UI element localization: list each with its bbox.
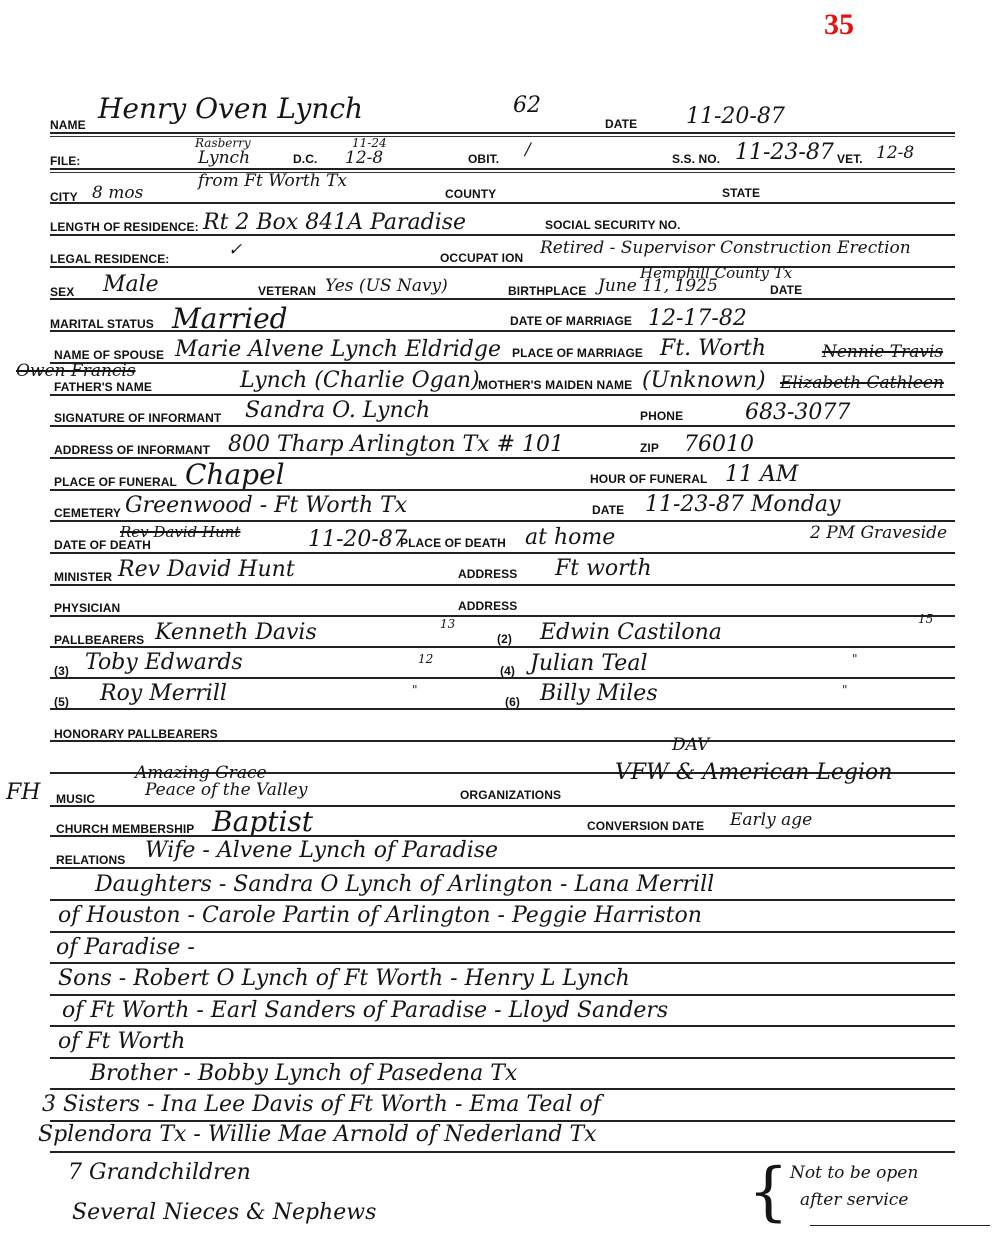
label-obit: OBIT. (468, 152, 499, 166)
pallbearer-4-age: " (852, 652, 858, 666)
label-conversion-date: CONVERSION DATE (587, 819, 704, 833)
label-address-of-informant: ADDRESS OF INFORMANT (54, 443, 210, 457)
label-pallbearer-5: (5) (54, 695, 69, 709)
value-sex: Male (103, 272, 159, 297)
value-graveside-note: 2 PM Graveside (810, 523, 947, 543)
divider (50, 805, 955, 807)
value-date-of-death: 11-20-87 (308, 527, 407, 552)
value-place-of-death: at home (525, 525, 615, 550)
relations-line: Wife - Alvene Lynch of Paradise (145, 838, 498, 863)
label-birthplace: BIRTHPLACE (508, 284, 586, 298)
value-dc: 12-8 (345, 148, 383, 168)
label-name-of-spouse: NAME OF SPOUSE (54, 348, 164, 362)
divider (50, 520, 955, 522)
label-date-of-death: DATE OF DEATH (54, 538, 151, 552)
pallbearer-3-name: Toby Edwards (85, 650, 243, 675)
label-pallbearer-3: (3) (54, 664, 69, 678)
divider (50, 931, 955, 933)
label-date: DATE (605, 117, 637, 131)
divider (50, 677, 955, 679)
relations-line: of Paradise - (56, 935, 195, 960)
label-date-of-marriage: DATE OF MARRIAGE (510, 314, 632, 328)
value-organizations-line2: VFW & American Legion (615, 760, 892, 785)
divider (810, 1225, 990, 1226)
label-minister: MINISTER (54, 570, 112, 584)
label-marital-status: MARITAL STATUS (50, 317, 154, 331)
value-length-of-residence: Rt 2 Box 841A Paradise (203, 210, 466, 235)
label-honorary-pallbearers: HONORARY PALLBEARERS (54, 727, 218, 741)
value-music-line2: Peace of the Valley (145, 780, 307, 800)
pallbearer-2-name: Edwin Castilona (540, 620, 722, 645)
divider (50, 899, 955, 901)
label-birth-date: DATE (770, 283, 802, 297)
value-hour-of-funeral: 11 AM (725, 462, 798, 487)
label-file: FILE: (50, 154, 81, 168)
divider (50, 330, 955, 332)
value-fathers-name: Lynch (Charlie Ogan) (240, 368, 480, 393)
label-sex: SEX (50, 285, 74, 299)
label-veteran: VETERAN (258, 284, 316, 298)
pallbearer-6-name: Billy Miles (540, 681, 658, 706)
label-place-of-funeral: PLACE OF FUNERAL (54, 475, 177, 489)
label-physician-address: ADDRESS (458, 599, 517, 613)
value-mothers-maiden-name-struck: Elizabeth Cathleen (780, 373, 944, 393)
divider (50, 708, 955, 710)
value-place-of-marriage-struck: Nennie Travis (822, 342, 943, 362)
pallbearer-6-age: " (842, 683, 848, 697)
relations-line: Splendora Tx - Willie Mae Arnold of Nede… (38, 1122, 597, 1147)
label-minister-address: ADDRESS (458, 567, 517, 581)
pallbearer-3-age: 12 (418, 652, 433, 666)
label-fathers-name: FATHER'S NAME (54, 380, 152, 394)
relations-line: Several Nieces & Nephews (72, 1200, 376, 1225)
label-funeral-date: DATE (592, 503, 624, 517)
value-phone: 683-3077 (745, 400, 850, 425)
divider (50, 298, 955, 300)
divider (50, 994, 955, 996)
divider (50, 1025, 955, 1027)
value-signature-of-informant: Sandra O. Lynch (245, 398, 430, 423)
divider (50, 266, 955, 268)
relations-line: Sons - Robert O Lynch of Ft Worth - Henr… (58, 966, 630, 991)
label-music: MUSIC (56, 792, 95, 806)
value-zip: 76010 (684, 432, 754, 457)
divider (50, 962, 955, 964)
value-minister: Rev David Hunt (118, 557, 295, 582)
value-file: Lynch (198, 148, 250, 168)
divider (50, 584, 955, 586)
label-phone: PHONE (640, 409, 683, 423)
label-pallbearers: PALLBEARERS (54, 633, 144, 647)
relations-line: of Ft Worth - Earl Sanders of Paradise -… (62, 998, 668, 1023)
label-cemetery: CEMETERY (54, 506, 121, 520)
label-legal-residence: LEGAL RESIDENCE: (50, 252, 169, 266)
value-obit: / (525, 140, 531, 160)
pallbearer-1-age: 13 (440, 617, 455, 631)
value-place-of-funeral: Chapel (185, 458, 285, 491)
relations-line: 7 Grandchildren (68, 1160, 251, 1185)
label-place-of-marriage: PLACE OF MARRIAGE (512, 346, 643, 360)
label-zip: ZIP (640, 441, 659, 455)
divider (50, 552, 955, 554)
label-pallbearer-2: (2) (497, 632, 512, 646)
divider (50, 394, 955, 396)
value-address-of-informant: 800 Tharp Arlington Tx # 101 (228, 432, 564, 457)
value-age: 62 (513, 93, 541, 118)
pallbearer-5-name: Roy Merrill (100, 681, 227, 706)
label-length-of-residence: LENGTH OF RESIDENCE: (50, 220, 199, 234)
pallbearer-1-name: Kenneth Davis (155, 620, 317, 645)
pallbearer-5-age: " (412, 683, 418, 697)
divider (50, 615, 955, 617)
label-county: COUNTY (445, 187, 496, 201)
value-vet: 12-8 (876, 143, 914, 163)
label-pallbearer-4: (4) (500, 664, 515, 678)
value-legal-residence: ✓ (228, 240, 242, 260)
value-city: 8 mos (92, 183, 143, 203)
relations-line: Daughters - Sandra O Lynch of Arlington … (95, 872, 714, 897)
value-cemetery: Greenwood - Ft Worth Tx (125, 493, 407, 518)
value-name: Henry Oven Lynch (98, 92, 363, 125)
label-social-security-no: SOCIAL SECURITY NO. (545, 218, 680, 232)
label-dc: D.C. (293, 152, 317, 166)
divider (50, 202, 955, 204)
value-conversion-date: Early age (730, 810, 812, 830)
label-vet: VET. (837, 152, 863, 166)
value-organizations-line1: DAV (672, 735, 709, 755)
side-note-line2: after service (800, 1190, 908, 1210)
label-signature-of-informant: SIGNATURE OF INFORMANT (54, 411, 221, 425)
value-fathers-name-struck: Owen Francis (16, 361, 136, 381)
divider (50, 489, 955, 491)
label-church-membership: CHURCH MEMBERSHIP (56, 822, 194, 836)
value-veteran: Yes (US Navy) (325, 276, 448, 296)
value-place-of-marriage: Ft. Worth (660, 336, 766, 361)
label-occupation: OCCUPAT ION (440, 251, 523, 265)
brace-icon: { (748, 1155, 789, 1229)
divider (50, 867, 955, 869)
value-name-of-spouse: Marie Alvene Lynch Eldridge (175, 337, 501, 362)
value-church-membership: Baptist (212, 805, 313, 838)
label-organizations: ORGANIZATIONS (460, 788, 561, 802)
value-city-note: from Ft Worth Tx (198, 171, 347, 191)
pallbearer-2-age: 15 (918, 612, 933, 626)
relations-line: of Houston - Carole Partin of Arlington … (58, 903, 702, 928)
value-ssno: 11-23-87 (735, 140, 834, 165)
divider (50, 835, 955, 837)
divider (50, 234, 955, 236)
value-minister-address: Ft worth (555, 556, 652, 581)
label-place-of-death: PLACE OF DEATH (400, 536, 506, 550)
divider (50, 362, 955, 364)
label-hour-of-funeral: HOUR OF FUNERAL (590, 472, 708, 486)
value-date-of-marriage: 12-17-82 (648, 306, 747, 331)
value-margin-note: FH (6, 780, 40, 805)
divider (50, 740, 955, 742)
divider (50, 646, 955, 648)
label-physician: PHYSICIAN (54, 601, 120, 615)
label-ssno: S.S. NO. (672, 152, 720, 166)
relations-line: of Ft Worth (58, 1029, 185, 1054)
value-date: 11-20-87 (686, 104, 785, 129)
divider (50, 1151, 955, 1153)
value-birthplace: June 11, 1925 (598, 276, 718, 296)
value-occupation: Retired - Supervisor Construction Erecti… (540, 238, 911, 258)
pallbearer-4-name: Julian Teal (530, 651, 647, 676)
label-name: NAME (50, 118, 86, 132)
divider (50, 168, 955, 170)
divider (50, 1057, 955, 1059)
label-mothers-maiden-name: MOTHER'S MAIDEN NAME (478, 378, 632, 392)
relations-line: 3 Sisters - Ina Lee Davis of Ft Worth - … (42, 1092, 601, 1117)
divider (50, 425, 955, 427)
relations-line: Brother - Bobby Lynch of Pasedena Tx (90, 1061, 517, 1086)
divider (50, 1088, 955, 1090)
label-pallbearer-6: (6) (505, 695, 520, 709)
value-funeral-date: 11-23-87 Monday (645, 492, 840, 517)
page-number: 35 (824, 8, 854, 42)
label-relations: RELATIONS (56, 853, 125, 867)
label-state: STATE (722, 186, 760, 200)
value-mothers-maiden-name: (Unknown) (642, 368, 766, 393)
side-note-line1: Not to be open (790, 1163, 918, 1183)
divider (50, 132, 955, 134)
